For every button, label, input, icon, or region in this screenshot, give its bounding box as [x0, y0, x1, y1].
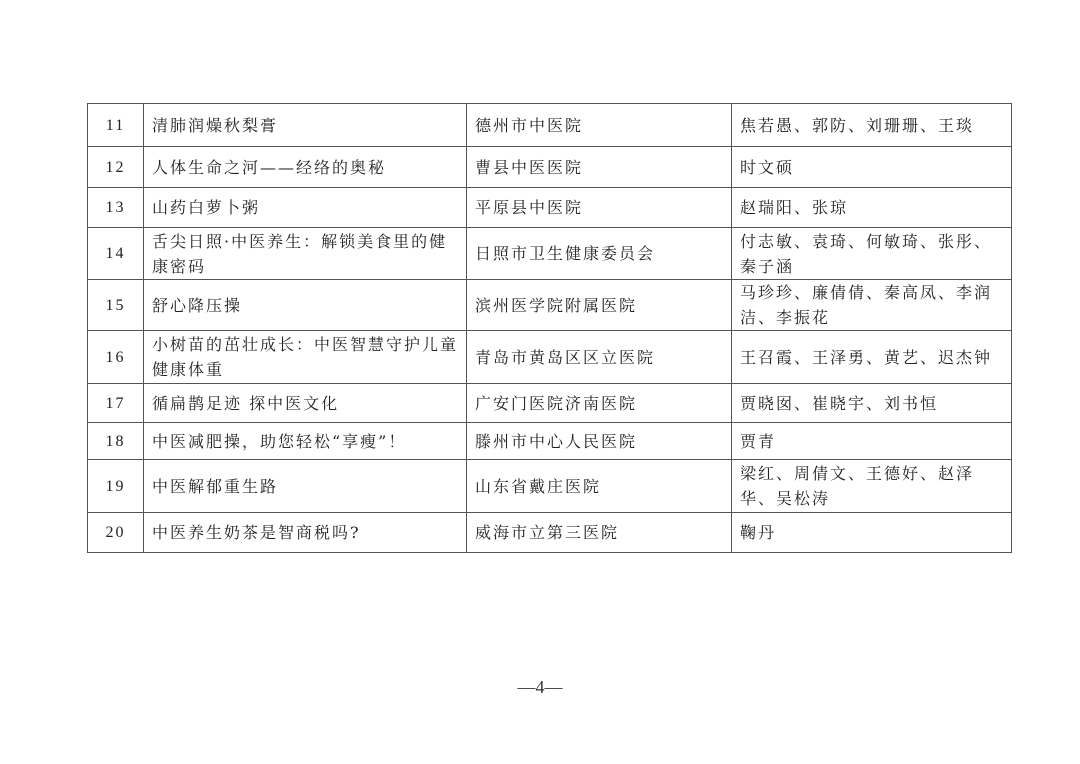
organization-cell: 日照市卫生健康委员会	[467, 228, 732, 280]
organization-cell: 平原县中医院	[467, 188, 732, 228]
work-title-cell: 循扁鹊足迹 探中医文化	[144, 384, 467, 423]
work-title-cell: 中医减肥操，助您轻松“享瘦”！	[144, 423, 467, 460]
organization-cell: 滨州医学院附属医院	[467, 280, 732, 331]
work-title-cell: 清肺润燥秋梨膏	[144, 104, 467, 147]
organization-cell: 德州市中医院	[467, 104, 732, 147]
row-number-cell: 18	[88, 423, 144, 460]
authors-cell: 贾晓囡、崔晓宇、刘书恒	[732, 384, 1012, 423]
table-row: 14舌尖日照·中医养生：解锁美食里的健康密码日照市卫生健康委员会付志敏、袁琦、何…	[88, 228, 1012, 280]
organization-cell: 山东省戴庄医院	[467, 460, 732, 513]
work-title-cell: 中医养生奶茶是智商税吗?	[144, 513, 467, 553]
work-title-cell: 中医解郁重生路	[144, 460, 467, 513]
table-row: 18中医减肥操，助您轻松“享瘦”！滕州市中心人民医院贾青	[88, 423, 1012, 460]
authors-cell: 梁红、周倩文、王德好、赵泽华、吴松涛	[732, 460, 1012, 513]
table-row: 16小树苗的茁壮成长：中医智慧守护儿童健康体重青岛市黄岛区区立医院王召霞、王泽勇…	[88, 331, 1012, 384]
work-title-cell: 山药白萝卜粥	[144, 188, 467, 228]
work-title-cell: 小树苗的茁壮成长：中医智慧守护儿童健康体重	[144, 331, 467, 384]
table-row: 15舒心降压操滨州医学院附属医院马珍珍、廉倩倩、秦高凤、李润洁、李振花	[88, 280, 1012, 331]
document-page: 11清肺润燥秋梨膏德州市中医院焦若愚、郭防、刘珊珊、王琰12人体生命之河——经络…	[0, 0, 1080, 764]
authors-cell: 鞠丹	[732, 513, 1012, 553]
row-number-cell: 15	[88, 280, 144, 331]
award-list-table: 11清肺润燥秋梨膏德州市中医院焦若愚、郭防、刘珊珊、王琰12人体生命之河——经络…	[87, 103, 1012, 553]
authors-cell: 马珍珍、廉倩倩、秦高凤、李润洁、李振花	[732, 280, 1012, 331]
organization-cell: 曹县中医医院	[467, 147, 732, 188]
authors-cell: 赵瑞阳、张琼	[732, 188, 1012, 228]
row-number-cell: 17	[88, 384, 144, 423]
organization-cell: 青岛市黄岛区区立医院	[467, 331, 732, 384]
table-row: 17循扁鹊足迹 探中医文化广安门医院济南医院贾晓囡、崔晓宇、刘书恒	[88, 384, 1012, 423]
row-number-cell: 11	[88, 104, 144, 147]
authors-cell: 焦若愚、郭防、刘珊珊、王琰	[732, 104, 1012, 147]
work-title-cell: 人体生命之河——经络的奥秘	[144, 147, 467, 188]
page-number: —4—	[0, 677, 1080, 698]
table-row: 20中医养生奶茶是智商税吗?威海市立第三医院鞠丹	[88, 513, 1012, 553]
row-number-cell: 16	[88, 331, 144, 384]
row-number-cell: 20	[88, 513, 144, 553]
table-row: 19中医解郁重生路山东省戴庄医院梁红、周倩文、王德好、赵泽华、吴松涛	[88, 460, 1012, 513]
organization-cell: 广安门医院济南医院	[467, 384, 732, 423]
row-number-cell: 13	[88, 188, 144, 228]
work-title-cell: 舒心降压操	[144, 280, 467, 331]
authors-cell: 贾青	[732, 423, 1012, 460]
organization-cell: 滕州市中心人民医院	[467, 423, 732, 460]
row-number-cell: 19	[88, 460, 144, 513]
row-number-cell: 14	[88, 228, 144, 280]
table-row: 12人体生命之河——经络的奥秘曹县中医医院时文硕	[88, 147, 1012, 188]
organization-cell: 威海市立第三医院	[467, 513, 732, 553]
authors-cell: 王召霞、王泽勇、黄艺、迟杰钟	[732, 331, 1012, 384]
table-row: 13山药白萝卜粥平原县中医院赵瑞阳、张琼	[88, 188, 1012, 228]
authors-cell: 时文硕	[732, 147, 1012, 188]
table-row: 11清肺润燥秋梨膏德州市中医院焦若愚、郭防、刘珊珊、王琰	[88, 104, 1012, 147]
authors-cell: 付志敏、袁琦、何敏琦、张彤、秦子涵	[732, 228, 1012, 280]
work-title-cell: 舌尖日照·中医养生：解锁美食里的健康密码	[144, 228, 467, 280]
row-number-cell: 12	[88, 147, 144, 188]
